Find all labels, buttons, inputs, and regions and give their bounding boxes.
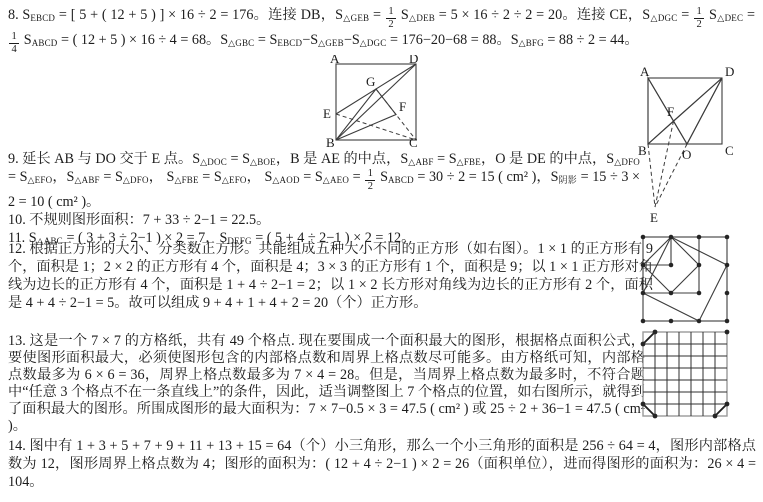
grid-lines	[643, 332, 727, 416]
subscript: EBCD	[30, 13, 55, 23]
subscript: △ABF	[408, 157, 433, 167]
figure-problem9: A D F B O C E	[638, 50, 742, 230]
subscript: △DEC	[717, 13, 743, 23]
vertex-label-c: C	[725, 143, 734, 158]
vertex-label-e: E	[323, 106, 331, 121]
document-page: { "colors": { "text": "#1c1c1c", "line":…	[0, 0, 763, 502]
subscript: △AEO	[323, 175, 349, 185]
text-run: =	[349, 169, 364, 185]
text-run: = S	[199, 169, 222, 185]
subscript: ABCD	[32, 38, 58, 48]
text-run: =	[369, 7, 385, 23]
marked-points	[641, 330, 730, 419]
cut-top-left	[643, 332, 655, 344]
vertex-label-a: A	[640, 64, 650, 79]
text-run: −S	[344, 32, 360, 48]
shaded-triangle-BGF	[336, 89, 396, 140]
text-run: = 30 ÷ 2 = 15 ( cm² )，S	[414, 169, 559, 185]
vertex-label-d: D	[409, 55, 418, 66]
subscript: △FBE	[457, 157, 481, 167]
vertex-label-e: E	[650, 210, 658, 225]
subscript: △FBE	[174, 175, 198, 185]
text-run: 12. 根据正方形的大小、分类数正方形。共能组成五种大小不同的正方形（如右图）。…	[8, 241, 653, 311]
text-run: ， S	[149, 169, 175, 185]
problem-10-solution: 10. 不规则图形面积：7 + 33 ÷ 2−1 = 22.5。	[8, 211, 640, 229]
subscript: △GEB	[318, 38, 344, 48]
subscript: △EFO	[27, 175, 52, 185]
vertex-label-b: B	[326, 135, 335, 147]
problem-9-solution: 9. 延长 AB 与 DO 交于 E 点。S△DOC = S△BOE，B 是 A…	[8, 150, 640, 211]
vertex-label-a: A	[330, 55, 340, 66]
text-run: 14. 图中有 1 + 3 + 5 + 7 + 9 + 11 + 13 + 15…	[8, 438, 756, 490]
subscript: △DEB	[409, 13, 435, 23]
subscript: △AOD	[272, 175, 299, 185]
subscript: EBCD	[277, 38, 302, 48]
fraction: 14	[8, 31, 20, 56]
subscript: 阴影	[559, 175, 578, 185]
text-run: = S	[100, 169, 123, 185]
text-run: = 176−20−68 = 88。S	[386, 32, 518, 48]
problem-8-solution: 8. SEBCD = [ 5 + ( 12 + 5 ) ] × 16 ÷ 2 =…	[8, 6, 755, 56]
text-run: =	[677, 7, 693, 23]
text-run: 9. 延长 AB 与 DO 交于 E 点。S	[8, 151, 200, 167]
vertex-label-c: C	[409, 135, 418, 147]
text-run: = S	[300, 169, 323, 185]
text-run: S	[376, 169, 387, 185]
text-run: ， S	[247, 169, 273, 185]
dashed-FE	[655, 121, 674, 207]
text-run: S	[397, 7, 409, 23]
text-run: = ( 12 + 5 ) × 16 ÷ 4 = 68。S	[58, 32, 229, 48]
corner-cuts	[643, 332, 727, 416]
dashed-BE	[648, 144, 655, 207]
subscript: △DGC	[650, 13, 677, 23]
subscript: △DOC	[200, 157, 227, 167]
vertex-label-f: F	[399, 99, 406, 114]
problem-14-solution: 14. 图中有 1 + 3 + 5 + 7 + 9 + 11 + 13 + 15…	[8, 437, 756, 491]
cut-bottom-left	[643, 404, 655, 416]
segment-DO	[687, 78, 722, 144]
cut-bottom-right	[715, 404, 727, 416]
text-run: = S	[254, 32, 277, 48]
text-run: S	[705, 7, 717, 23]
text-run: 8. S	[8, 7, 30, 23]
text-run: −S	[302, 32, 318, 48]
diagonal-BD	[648, 78, 722, 144]
text-run: S	[20, 32, 31, 48]
text-run: ，O 是 DE 的中点，S	[481, 151, 614, 167]
vertex-label-f: F	[667, 104, 674, 119]
subscript: △GBC	[228, 38, 254, 48]
vertex-label-g: G	[366, 74, 375, 89]
squares	[643, 237, 727, 321]
figure-problem13-grid	[637, 326, 733, 422]
problems-9-to-11: 9. 延长 AB 与 DO 交于 E 点。S△DOC = S△BOE，B 是 A…	[8, 150, 640, 247]
dashed-EC	[336, 114, 416, 140]
subscript: △EFO	[222, 175, 247, 185]
text-run: 10. 不规则图形面积：7 + 33 ÷ 2−1 = 22.5。	[8, 212, 270, 228]
text-run: = 5 × 16 ÷ 2 ÷ 2 = 20。连接 CE，S	[435, 7, 650, 23]
text-run: ，B 是 AE 的中点，S	[276, 151, 408, 167]
text-run: = 88 ÷ 2 = 44。	[544, 32, 639, 48]
text-run: =	[743, 7, 755, 23]
subscript: △BFG	[519, 38, 544, 48]
text-run: = [ 5 + ( 12 + 5 ) ] × 16 ÷ 2 = 176。连接 D…	[55, 7, 343, 23]
figure-problem8: A D G E F B C	[322, 55, 422, 147]
problem-13-solution: 13. 这是一个 7 × 7 的方格纸，共有 49 个格点. 现在要围成一个面积…	[8, 333, 645, 435]
subscript: ABCD	[388, 175, 414, 185]
text-run: = S	[434, 151, 457, 167]
fraction: 12	[364, 168, 376, 193]
subscript: △DFO	[123, 175, 149, 185]
text-run: = S	[8, 169, 27, 185]
text-run: ，S	[52, 169, 74, 185]
subscript: △BOE	[250, 157, 276, 167]
problem-12-solution: 12. 根据正方形的大小、分类数正方形。共能组成五种大小不同的正方形（如右图）。…	[8, 240, 653, 312]
text-run: 13. 这是一个 7 × 7 的方格纸，共有 49 个格点. 现在要围成一个面积…	[8, 333, 645, 434]
fraction: 12	[385, 6, 397, 31]
fraction: 12	[693, 6, 705, 31]
subscript: △ABF	[74, 175, 99, 185]
subscript: △DFO	[614, 157, 640, 167]
vertex-label-o: O	[682, 147, 691, 162]
vertex-label-d: D	[725, 64, 734, 79]
subscript: △DGC	[360, 38, 387, 48]
text-run: = S	[227, 151, 250, 167]
subscript: △GEB	[343, 13, 369, 23]
figure-problem12-dot-squares	[638, 232, 732, 326]
